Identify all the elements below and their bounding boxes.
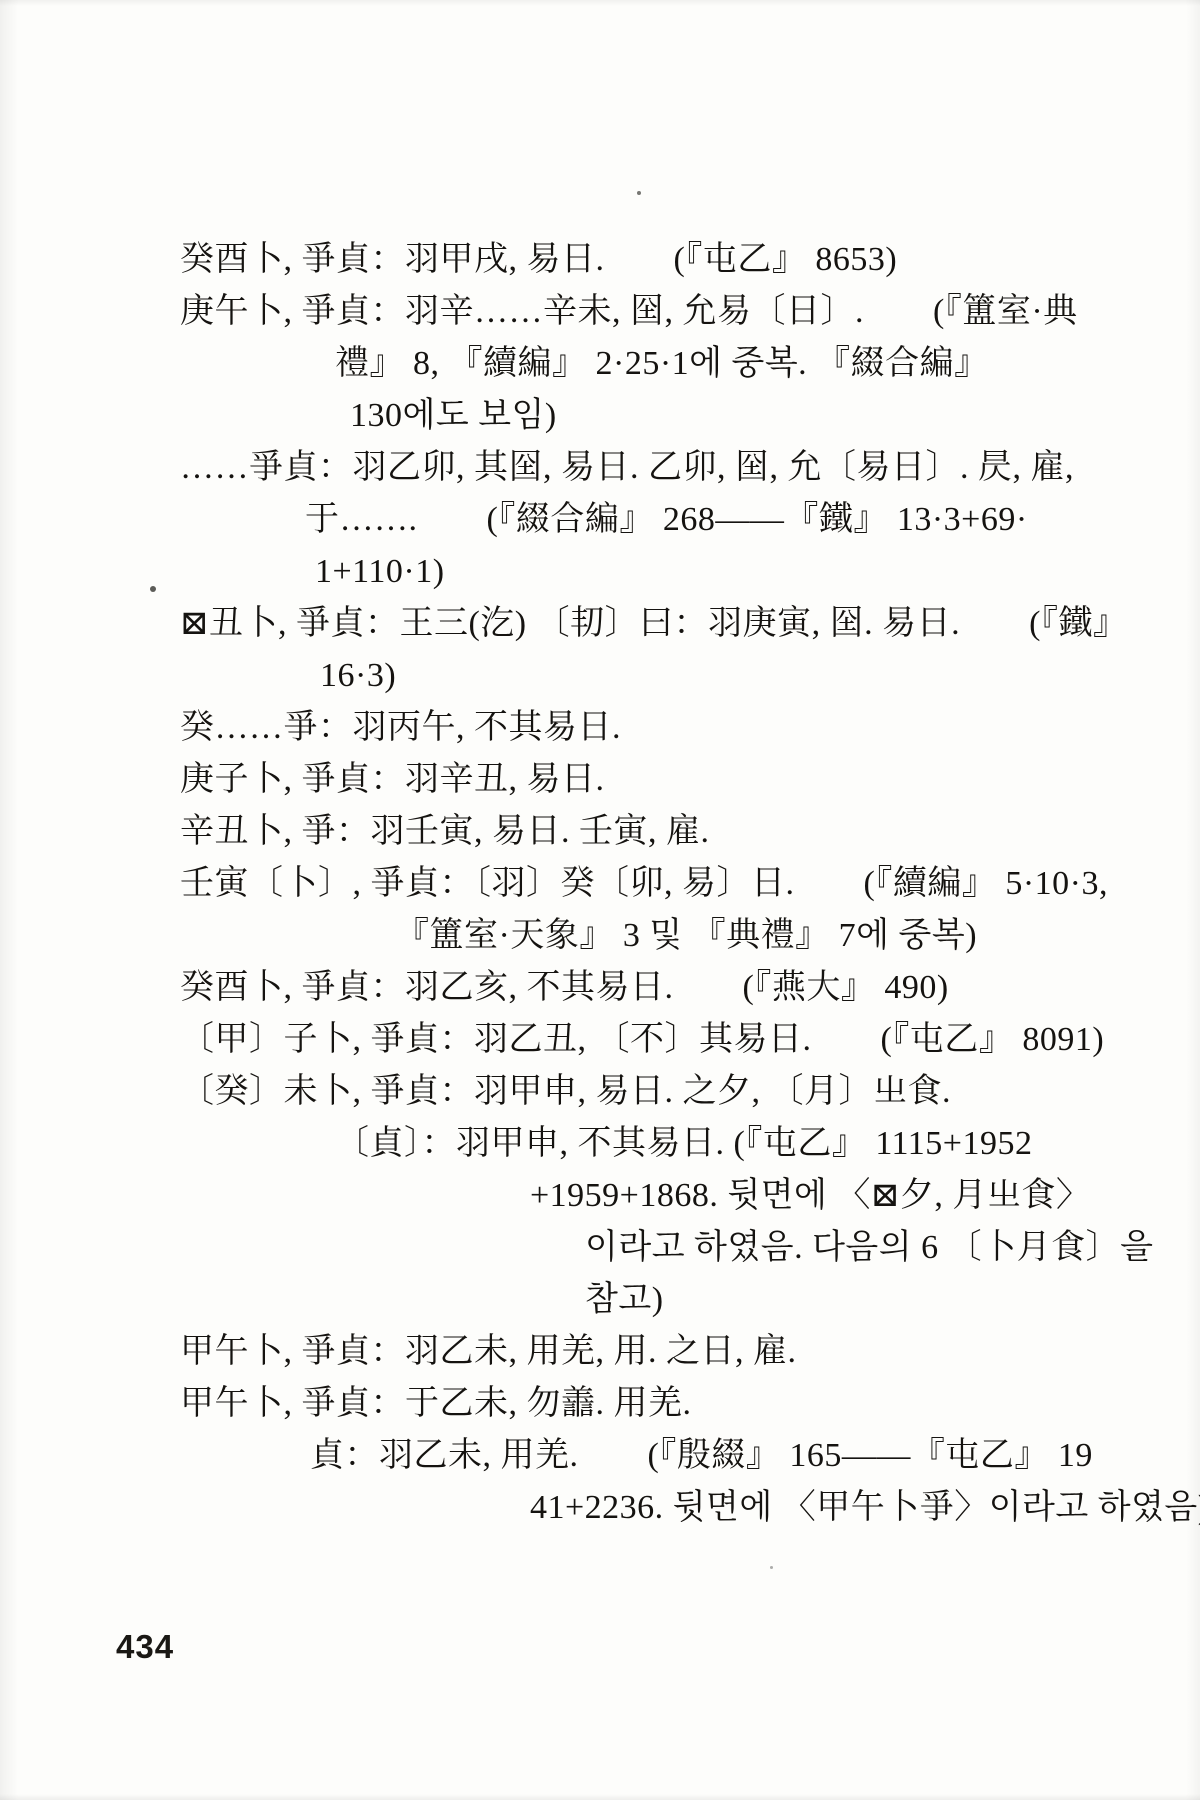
text-line: 16·3): [180, 650, 1100, 702]
text-line: 『簠室·天象』 3 및 『典禮』 7에 중복): [180, 910, 1100, 962]
text-line: 참고): [180, 1274, 1100, 1326]
scan-speck: [637, 191, 641, 195]
text-line: 〔貞〕：羽甲申, 不其易日. (『屯乙』 1115+1952: [180, 1118, 1100, 1170]
text-line: 〔癸〕未卜, 爭貞：羽甲申, 易日. 之夕, 〔月〕㞢食.: [180, 1066, 1100, 1118]
text-line: 壬寅〔卜〕, 爭貞：〔羽〕癸〔卯, 易〕日. (『續編』 5·10·3,: [180, 858, 1100, 910]
scanned-book-page: 癸酉卜, 爭貞：羽甲戌, 易日. (『屯乙』 8653)庚午卜, 爭貞：羽辛………: [0, 0, 1200, 1800]
text-line: 甲午卜, 爭貞：羽乙未, 用羌, 用. 之日, 雇.: [180, 1326, 1100, 1378]
text-line: 癸酉卜, 爭貞：羽甲戌, 易日. (『屯乙』 8653): [180, 234, 1100, 286]
scan-speck: [770, 1566, 773, 1569]
page-number: 434: [116, 1628, 174, 1666]
scan-speck: [150, 586, 156, 592]
text-line: 41+2236. 뒷면에 〈甲午卜爭〉이라고 하였음): [180, 1482, 1100, 1534]
text-line: 〔甲〕子卜, 爭貞：羽乙丑, 〔不〕其易日. (『屯乙』 8091): [180, 1014, 1100, 1066]
text-block: 癸酉卜, 爭貞：羽甲戌, 易日. (『屯乙』 8653)庚午卜, 爭貞：羽辛………: [180, 234, 1100, 1534]
text-line: 庚子卜, 爭貞：羽辛丑, 易日.: [180, 754, 1100, 806]
text-line: 이라고 하였음. 다음의 6 〔卜月食〕을: [180, 1222, 1100, 1274]
text-line: 辛丑卜, 爭：羽壬寅, 易日. 壬寅, 雇.: [180, 806, 1100, 858]
text-line: 130에도 보임): [180, 390, 1100, 442]
text-line: 甲午卜, 爭貞：于乙未, 勿譱. 用羌.: [180, 1378, 1100, 1430]
text-line: 癸酉卜, 爭貞：羽乙亥, 不其易日. (『燕大』 490): [180, 962, 1100, 1014]
text-line: 禮』 8, 『續編』 2·25·1에 중복. 『綴合編』: [180, 338, 1100, 390]
text-line: 庚午卜, 爭貞：羽辛……辛未, 囶, 允易〔日〕. (『簠室·典: [180, 286, 1100, 338]
text-line: +1959+1868. 뒷면에 〈⊠夕, 月㞢食〉: [180, 1170, 1100, 1222]
text-line: 癸……爭：羽丙午, 不其易日.: [180, 702, 1100, 754]
text-line: 1+110·1): [180, 546, 1100, 598]
text-line: 于……. (『綴合編』 268——『鐵』 13·3+69·: [180, 494, 1100, 546]
text-line: ⊠丑卜, 爭貞：王三(汔) 〔㓞〕曰：羽庚寅, 囶. 易日. (『鐵』: [180, 598, 1100, 650]
text-line: ……爭貞：羽乙卯, 其囶, 易日. 乙卯, 囶, 允〔易日〕. 昃, 雇,: [180, 442, 1100, 494]
text-line: 貞：羽乙未, 用羌. (『殷綴』 165——『屯乙』 19: [180, 1430, 1100, 1482]
